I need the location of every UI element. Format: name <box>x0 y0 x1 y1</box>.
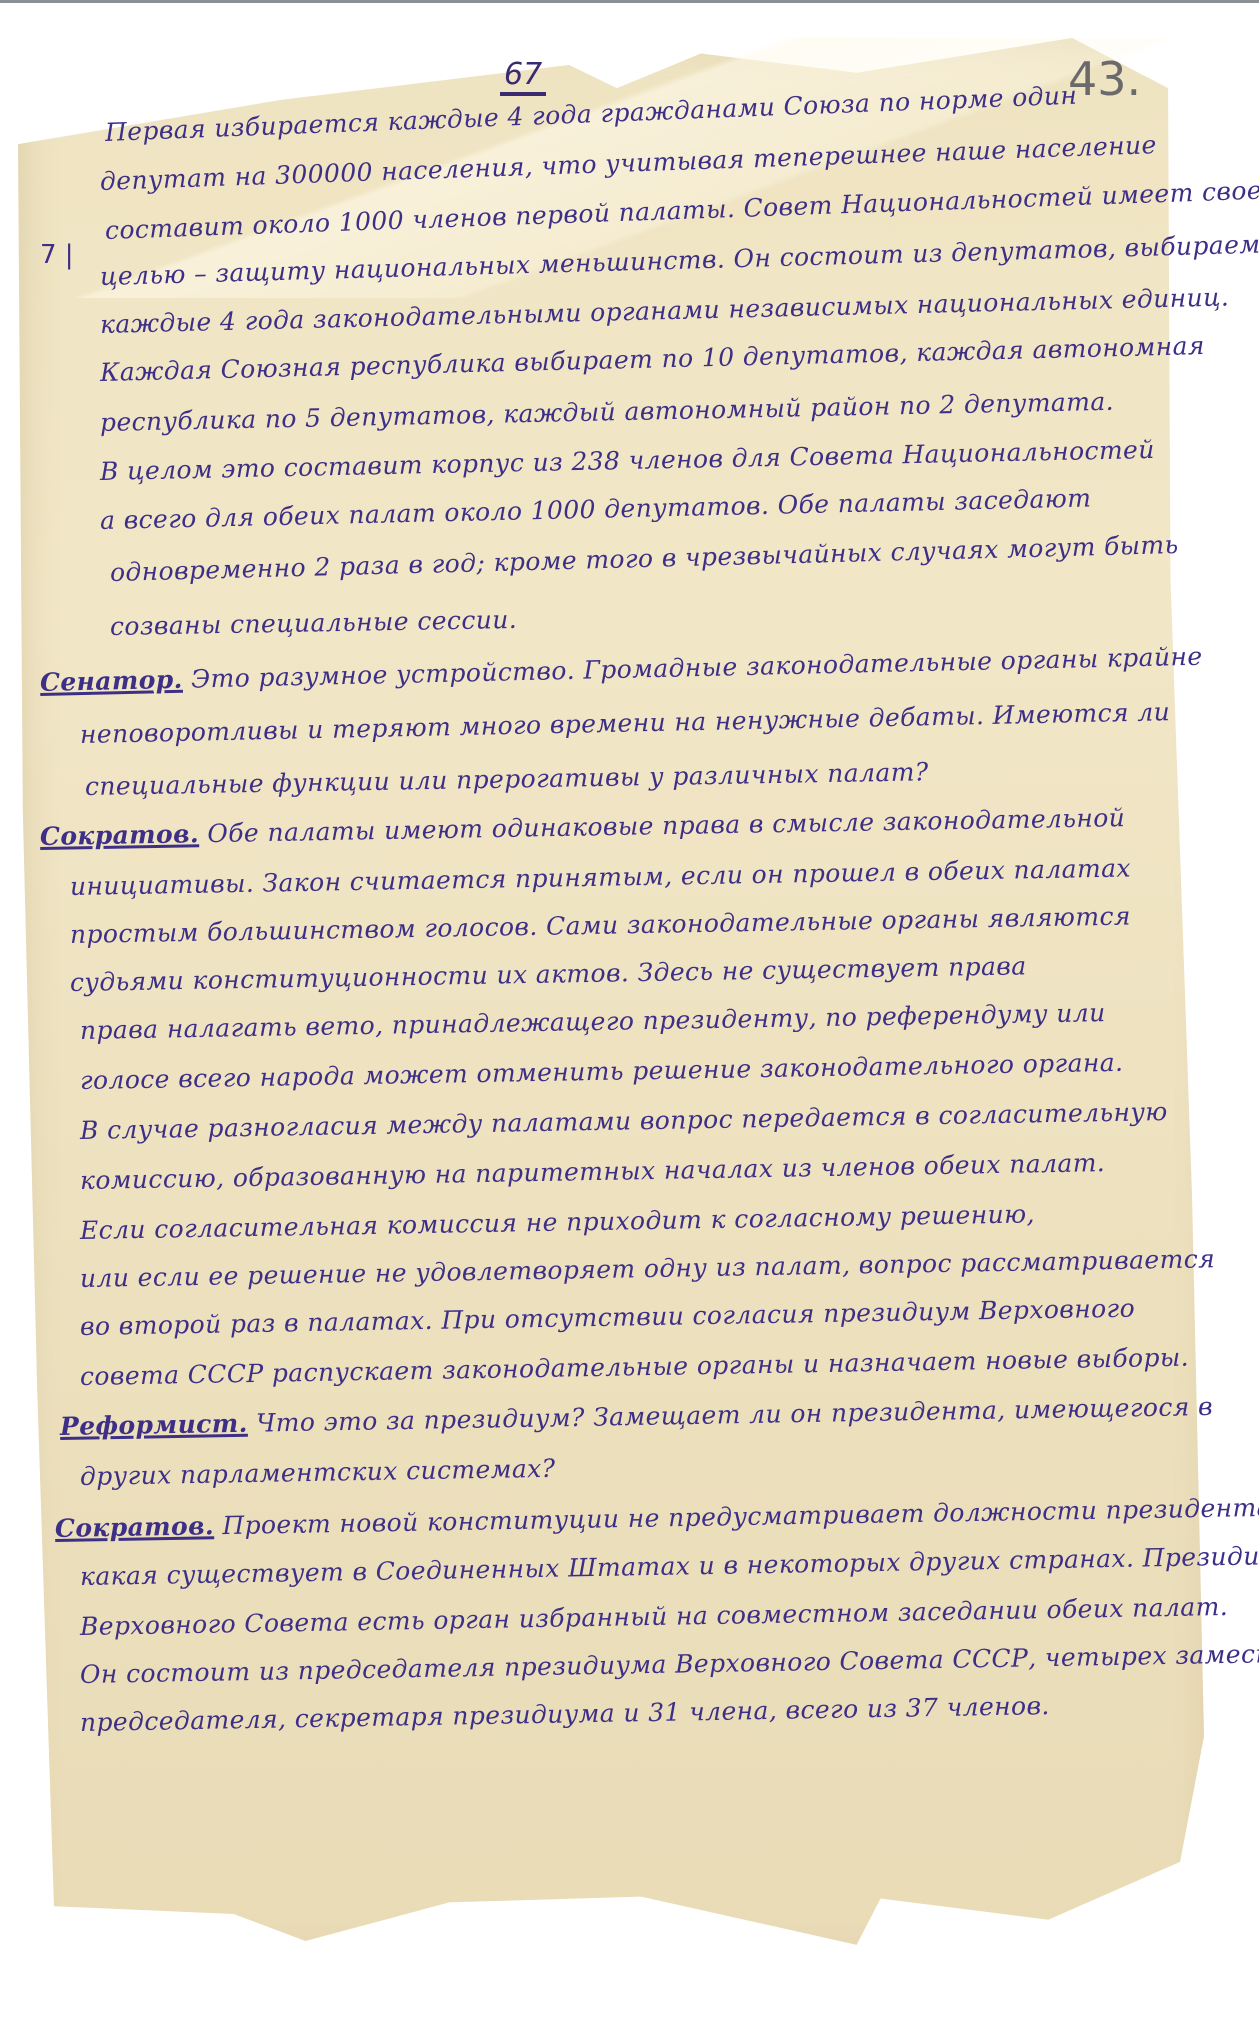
speaker-name: Сократов. <box>55 1511 215 1543</box>
margin-mark: 7 | <box>40 240 74 270</box>
speaker-name: Сенатор. <box>40 665 183 697</box>
scan-top-edge <box>0 0 1259 3</box>
page-number: 67 <box>500 58 546 96</box>
speaker-name: Сократов. <box>40 819 200 851</box>
speaker-name: Реформист. <box>60 1409 248 1441</box>
archive-number: 43. <box>1068 52 1141 106</box>
